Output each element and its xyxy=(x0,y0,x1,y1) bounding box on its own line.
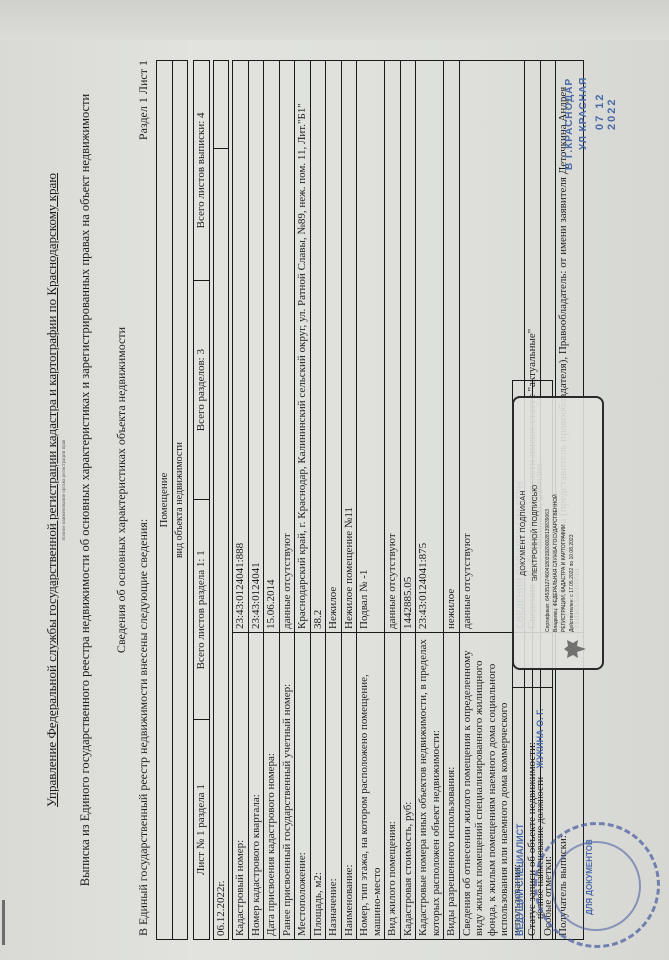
name-stamp: ЖУКИНА О. Г. xyxy=(535,708,545,768)
row-value: Подвал № -1 xyxy=(357,61,385,633)
seal-text: ДЛЯ ДОКУМЕНТОВ xyxy=(585,839,594,915)
table-row: Наименование:Нежилое помещение №11 xyxy=(341,61,357,940)
sheet-number: Лист № 1 раздела 1 xyxy=(194,720,210,940)
received-stamp-street: УЛ КРАСНАЯ xyxy=(578,77,589,150)
date-table: 06.12.2022г. xyxy=(213,60,230,940)
table-row: Виды разрешенного использования:нежилое xyxy=(444,61,460,940)
row-label: Кадастровые номера иных объектов недвижи… xyxy=(416,633,444,940)
section-title: Сведения об основных характеристиках объ… xyxy=(114,30,129,950)
table-row: Номер кадастрового квартала:23:43:012404… xyxy=(248,61,264,940)
electronic-signature-box: ДОКУМЕНТ ПОДПИСАН ЭЛЕКТРОННОЙ ПОДПИСЬЮ С… xyxy=(512,396,604,670)
row-label: Ранее присвоенный государственный учетны… xyxy=(279,633,295,940)
table-row: Кадастровая стоимость, руб:1442885.05 xyxy=(400,61,416,940)
table-row: Местоположение:Краснодарский край, г. Кр… xyxy=(295,61,311,940)
total-sheets: Всего листов выписки: 4 xyxy=(194,61,210,281)
table-row: Номер, тип этажа, на котором расположено… xyxy=(357,61,385,940)
row-value: 38.2 xyxy=(310,61,326,633)
row-value: 23:43:0124041 xyxy=(248,61,264,633)
sheets-in-section: Всего листов раздела 1: 1 xyxy=(194,500,210,720)
ecp-details: Сертификат: 6453512746041803192000281398… xyxy=(544,494,576,632)
ecp-certificate: Сертификат: 6453512746041803192000281398… xyxy=(544,494,552,632)
row-label: Назначение: xyxy=(326,633,342,940)
ecp-subtitle: ЭЛЕКТРОННОЙ ПОДПИСЬЮ xyxy=(532,398,539,668)
ecp-owner-line1: Владелец: ФЕДЕРАЛЬНАЯ СЛУЖБА ГОСУДАРСТВЕ… xyxy=(552,494,560,632)
position-stamp: ВЕДУЩИЙ СПЕЦИАЛИСТ xyxy=(515,824,525,936)
row-value: 15.06.2014 xyxy=(264,61,280,633)
table-row: Кадастровый номер:23:43:0124041:888 xyxy=(233,61,249,940)
object-type: Помещение xyxy=(157,61,173,940)
row-label: Площадь, м2: xyxy=(310,633,326,940)
received-stamp-date: 07 12 2022 xyxy=(594,60,618,130)
row-label: Кадастровая стоимость, руб: xyxy=(400,633,416,940)
ecp-title: ДОКУМЕНТ ПОДПИСАН xyxy=(520,398,527,668)
row-label: Местоположение: xyxy=(295,633,311,940)
table-row: Дата присвоения кадастрового номера:15.0… xyxy=(264,61,280,940)
signature-area: ВЕДУЩИЙ СПЕЦИАЛИСТ СВЕДЕНИЯ ПОЛУЧЕНЫ ИЗ … xyxy=(512,60,642,940)
row-value: 1442885.05 xyxy=(400,61,416,633)
object-type-table: Помещение вид объекта недвижимости xyxy=(156,60,188,940)
official-seal-inner-ring xyxy=(551,841,641,931)
organization-name: Управление Федеральной службы государств… xyxy=(44,30,60,950)
position-cell: ВЕДУЩИЙ СПЕЦИАЛИСТ xyxy=(513,688,533,940)
ecp-valid: Действителен: с 17.05.2022 по 10.08.2023 xyxy=(568,494,576,632)
row-value: Нежилое помещение №11 xyxy=(341,61,357,633)
row-value: нежилое xyxy=(444,61,460,633)
row-value: данные отсутствуют xyxy=(385,61,401,633)
row-label: Вид жилого помещения: xyxy=(385,633,401,940)
table-row: Площадь, м2:38.2 xyxy=(310,61,326,940)
object-type-caption: вид объекта недвижимости xyxy=(172,61,188,940)
coat-of-arms-icon xyxy=(562,638,588,660)
row-label: Наименование: xyxy=(341,633,357,940)
row-label: Номер, тип этажа, на котором расположено… xyxy=(357,633,385,940)
ecp-owner-line2: РЕГИСТРАЦИИ, КАДАСТРА И КАРТОГРАФИИ xyxy=(560,494,568,632)
total-sections: Всего разделов: 3 xyxy=(194,280,210,500)
intro-text: В Единый государственный реестр недвижим… xyxy=(136,519,151,936)
table-row: Кадастровые номера иных объектов недвижи… xyxy=(416,61,444,940)
row-value: 23:43:0124041:875 xyxy=(416,61,444,633)
received-stamp-city: В Г.КРАСНОДАР xyxy=(564,78,575,170)
organization-caption: полное наименование органа регистрации п… xyxy=(62,30,67,950)
paper-clip-mark xyxy=(2,900,5,945)
table-row: Ранее присвоенный государственный учетны… xyxy=(279,61,295,940)
sheet-info-table: Лист № 1 раздела 1 Всего листов раздела … xyxy=(193,60,210,940)
extract-date: 06.12.2022г. xyxy=(213,149,229,940)
egrn-extract-page: Управление Федеральной службы государств… xyxy=(14,30,654,950)
official-seal: ДЛЯ ДОКУМЕНТОВ xyxy=(534,822,660,948)
table-row: Вид жилого помещения:данные отсутствуют xyxy=(385,61,401,940)
row-label: Виды разрешенного использования: xyxy=(444,633,460,940)
row-value: данные отсутствуют xyxy=(279,61,295,633)
row-label: Дата присвоения кадастрового номера: xyxy=(264,633,280,940)
row-value: 23:43:0124041:888 xyxy=(233,61,249,633)
row-label: Кадастровый номер: xyxy=(233,633,249,940)
row-value: Краснодарский край, г. Краснодар, Калини… xyxy=(295,61,311,633)
table-row: Назначение:Нежилое xyxy=(326,61,342,940)
document-title: Выписка из Единого государственного реес… xyxy=(78,30,93,950)
section-sheet-label: Раздел 1 Лист 1 xyxy=(136,60,151,140)
row-label: Номер кадастрового квартала: xyxy=(248,633,264,940)
row-value: Нежилое xyxy=(326,61,342,633)
